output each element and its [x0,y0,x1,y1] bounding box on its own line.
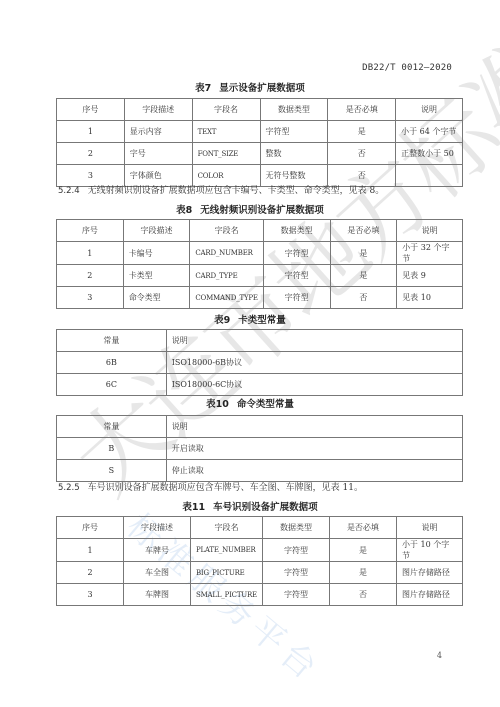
cell: 是 [330,242,397,265]
cell: 卡编号 [123,242,190,265]
table-row: 6B ISO18000-6B协议 [57,352,463,374]
table7: 序号 字段描述 字段名 数据类型 是否必填 说明 1 显示内容 TEXT 字符型… [56,98,463,187]
table9-caption: 表9卡类型常量 [0,312,500,326]
cell: 否 [328,143,396,165]
table-row: 1 卡编号 CARD_NUMBER 字符型 是 小于 32 个字节 [57,242,463,265]
table-row: 3 车牌图 SMALL_PICTURE 字符型 否 图片存储路径 [57,584,463,606]
cell: 3 [57,287,124,309]
column-header: 字段描述 [123,517,190,539]
cell: 6C [57,374,167,396]
cell: 停止读取 [166,460,462,482]
cell: 字符型 [262,539,329,562]
cell [396,165,463,187]
cell: 命令类型 [123,287,190,309]
column-header: 常量 [57,416,167,438]
cell: 2 [57,265,124,287]
section-number: 5.2.5 [58,483,80,493]
cell: 图片存储路径 [396,562,462,584]
table-row: 1 显示内容 TEXT 字符型 是 小于 64 个字节 [57,121,463,143]
table9: 常量 说明 6B ISO18000-6B协议 6C ISO18000-6C协议 [56,329,463,396]
cell: 开启读取 [166,438,462,460]
cell: 2 [57,562,124,584]
table-row: 3 命令类型 COMMAND_TYPE 字符型 否 见表 10 [57,287,463,309]
table-row: 2 车全图 BIG_PICTURE 字符型 是 图片存储路径 [57,562,463,584]
section-number: 5.2.4 [58,186,80,196]
cell: 字符型 [262,584,329,606]
column-header: 字段名 [190,517,262,539]
table10-caption-number: 表10 [206,399,229,410]
cell: 小于 32 个字节 [397,242,463,265]
cell: CARD_NUMBER [190,242,263,265]
column-header: 说明 [166,416,462,438]
cell: 字号 [124,143,192,165]
table10-caption-title: 命令类型常量 [237,399,294,410]
cell: CARD_TYPE [190,265,263,287]
table11-header-row: 序号 字段描述 字段名 数据类型 是否必填 说明 [57,517,463,539]
table-row: 6C ISO18000-6C协议 [57,374,463,396]
cell: 车全图 [123,562,190,584]
cell: B [57,438,167,460]
column-header: 字段名 [192,99,260,121]
cell: 正整数小于 50 [396,143,463,165]
cell: 车牌图 [123,584,190,606]
page-number: 4 [437,651,442,660]
cell: COMMAND_TYPE [190,287,263,309]
cell: 整数 [260,143,328,165]
table-row: 2 字号 FONT_SIZE 整数 否 正整数小于 50 [57,143,463,165]
cell: SMALL_PICTURE [190,584,262,606]
cell: 字符型 [260,121,328,143]
cell: 1 [57,539,124,562]
cell: 否 [330,287,397,309]
table8-caption-title: 无线射频识别设备扩展数据项 [200,205,324,216]
table9-caption-number: 表9 [214,315,230,326]
paragraph-text: 无线射频识别设备扩展数据项应包含卡编号、卡类型、命令类型，见表 8。 [88,186,385,196]
cell: 见表 9 [397,265,463,287]
cell: 图片存储路径 [396,584,462,606]
cell: 1 [57,121,125,143]
cell: 3 [57,584,124,606]
table11-caption: 表11车号识别设备扩展数据项 [0,499,500,513]
column-header: 是否必填 [328,99,396,121]
standard-code: DB22/T 0012—2020 [362,63,452,73]
table-row: 1 车牌号 PLATE_NUMBER 字符型 是 小于 10 个字节 [57,539,463,562]
cell: PLATE_NUMBER [190,539,262,562]
cell: 小于 10 个字节 [396,539,462,562]
cell: 见表 10 [397,287,463,309]
table8-caption-number: 表8 [176,205,192,216]
column-header: 是否必填 [330,220,397,242]
table10-caption: 表10命令类型常量 [0,396,500,410]
column-header: 字段描述 [124,99,192,121]
column-header: 说明 [396,517,462,539]
table-row: S 停止读取 [57,460,463,482]
cell: 字符型 [263,265,330,287]
column-header: 序号 [57,517,124,539]
cell: 是 [329,539,396,562]
cell: 是 [328,121,396,143]
column-header: 序号 [57,220,124,242]
cell: ISO18000-6C协议 [166,374,462,396]
table10: 常量 说明 B 开启读取 S 停止读取 [56,415,463,482]
cell: BIG_PICTURE [190,562,262,584]
column-header: 数据类型 [262,517,329,539]
table8-caption: 表8无线射频识别设备扩展数据项 [0,202,500,216]
table7-caption-title: 显示设备扩展数据项 [219,83,305,94]
cell: 6B [57,352,167,374]
table8: 序号 字段描述 字段名 数据类型 是否必填 说明 1 卡编号 CARD_NUMB… [56,219,463,309]
table-row: B 开启读取 [57,438,463,460]
cell: 是 [330,265,397,287]
cell: 字符型 [262,562,329,584]
column-header: 说明 [166,330,462,352]
cell: 车牌号 [123,539,190,562]
table11-caption-title: 车号识别设备扩展数据项 [213,502,318,513]
table9-header-row: 常量 说明 [57,330,463,352]
cell: 小于 64 个字节 [396,121,463,143]
cell: FONT_SIZE [192,143,260,165]
paragraph-5-2-4: 5.2.4无线射频识别设备扩展数据项应包含卡编号、卡类型、命令类型，见表 8。 [58,183,384,196]
table11-caption-number: 表11 [182,502,205,513]
table7-caption-number: 表7 [195,83,211,94]
cell: 显示内容 [124,121,192,143]
table7-header-row: 序号 字段描述 字段名 数据类型 是否必填 说明 [57,99,463,121]
table10-header-row: 常量 说明 [57,416,463,438]
table-row: 2 卡类型 CARD_TYPE 字符型 是 见表 9 [57,265,463,287]
cell: S [57,460,167,482]
column-header: 序号 [57,99,125,121]
cell: ISO18000-6B协议 [166,352,462,374]
column-header: 数据类型 [263,220,330,242]
cell: 1 [57,242,124,265]
column-header: 是否必填 [329,517,396,539]
cell: TEXT [192,121,260,143]
table8-header-row: 序号 字段描述 字段名 数据类型 是否必填 说明 [57,220,463,242]
table9-caption-title: 卡类型常量 [238,315,286,326]
column-header: 说明 [396,99,463,121]
cell: 卡类型 [123,265,190,287]
column-header: 数据类型 [260,99,328,121]
column-header: 字段描述 [123,220,190,242]
column-header: 常量 [57,330,167,352]
cell: 字符型 [263,287,330,309]
cell: 字符型 [263,242,330,265]
column-header: 字段名 [190,220,263,242]
cell: 是 [329,562,396,584]
cell: 否 [329,584,396,606]
paragraph-5-2-5: 5.2.5车号识别设备扩展数据项应包含车牌号、车全图、车牌图，见表 11。 [58,480,363,493]
cell: 2 [57,143,125,165]
paragraph-text: 车号识别设备扩展数据项应包含车牌号、车全图、车牌图，见表 11。 [88,483,363,493]
column-header: 说明 [397,220,463,242]
table11: 序号 字段描述 字段名 数据类型 是否必填 说明 1 车牌号 PLATE_NUM… [56,516,463,606]
table7-caption: 表7显示设备扩展数据项 [0,80,500,94]
